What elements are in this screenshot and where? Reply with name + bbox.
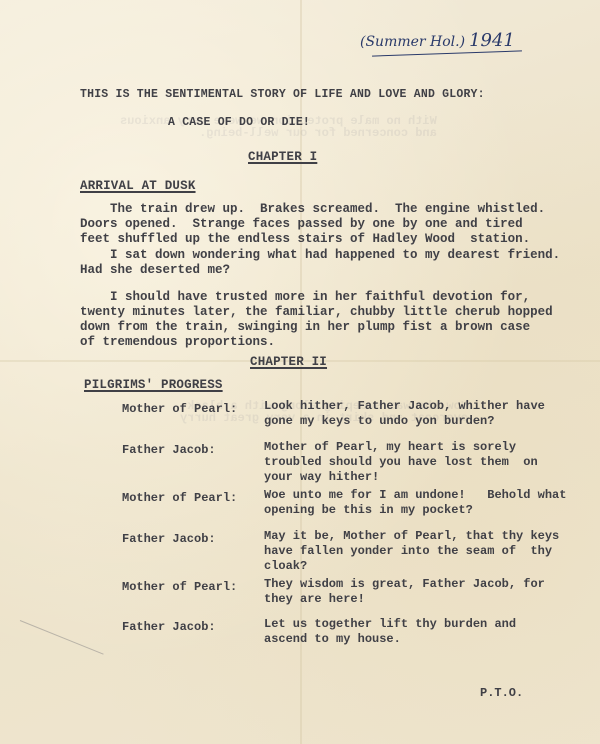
paragraph: I should have trusted more in her faithf… [80, 290, 553, 350]
dialogue-line: Let us together lift thy burden and asce… [264, 617, 516, 647]
dialogue-text: May it be, Mother of Pearl, that thy key… [264, 529, 559, 544]
dialogue-speaker: Father Jacob: [122, 620, 216, 634]
dialogue-text: your way hither! [264, 470, 538, 485]
paragraph: I sat down wondering what had happened t… [80, 248, 560, 278]
dialogue-speaker: Father Jacob: [122, 532, 216, 546]
dialogue-text: gone my keys to undo yon burden? [264, 414, 545, 429]
document-subtitle: A CASE OF DO OR DIE! [168, 116, 310, 129]
chapter-heading: CHAPTER I [248, 150, 317, 164]
handwritten-annotation: (Summer Hol.)1941 [360, 30, 515, 51]
paragraph-line: feet shuffled up the endless stairs of H… [80, 232, 545, 247]
dialogue-line: Mother of Pearl, my heart is sorely trou… [264, 440, 538, 485]
dialogue-text: opening be this in my pocket? [264, 503, 566, 518]
paragraph-line: twenty minutes later, the familiar, chub… [80, 305, 553, 320]
paragraph-line: Doors opened. Strange faces passed by on… [80, 217, 545, 232]
dialogue-text: cloak? [264, 559, 559, 574]
dialogue-text: Mother of Pearl, my heart is sorely [264, 440, 538, 455]
dialogue-text: Let us together lift thy burden and [264, 617, 516, 632]
dialogue-speaker: Mother of Pearl: [122, 491, 237, 505]
paragraph-line: Had she deserted me? [80, 263, 560, 278]
annotation-text: (Summer Hol.) [360, 34, 465, 50]
dialogue-line: Woe unto me for I am undone! Behold what… [264, 488, 566, 518]
paragraph: The train drew up. Brakes screamed. The … [80, 202, 545, 247]
dialogue-text: troubled should you have lost them on [264, 455, 538, 470]
please-turn-over: P.T.O. [480, 686, 523, 700]
dialogue-text: ascend to my house. [264, 632, 516, 647]
chapter-heading: CHAPTER II [250, 355, 327, 369]
dialogue-line: They wisdom is great, Father Jacob, for … [264, 577, 545, 607]
dialogue-line: May it be, Mother of Pearl, that thy key… [264, 529, 559, 574]
dialogue-line: Look hither, Father Jacob, whither have … [264, 399, 545, 429]
dialogue-text: Woe unto me for I am undone! Behold what [264, 488, 566, 503]
document-title: THIS IS THE SENTIMENTAL STORY OF LIFE AN… [80, 88, 485, 101]
dialogue-speaker: Mother of Pearl: [122, 580, 237, 594]
dialogue-speaker: Father Jacob: [122, 443, 216, 457]
paragraph-line: I sat down wondering what had happened t… [80, 248, 560, 263]
dialogue-text: They wisdom is great, Father Jacob, for [264, 577, 545, 592]
section-heading: PILGRIMS' PROGRESS [84, 378, 223, 392]
annotation-year: 1941 [469, 30, 515, 51]
paragraph-line: down from the train, swinging in her plu… [80, 320, 553, 335]
paragraph-line: The train drew up. Brakes screamed. The … [80, 202, 545, 217]
dialogue-speaker: Mother of Pearl: [122, 402, 237, 416]
dialogue-text: they are here! [264, 592, 545, 607]
section-heading: ARRIVAL AT DUSK [80, 179, 196, 193]
paragraph-line: I should have trusted more in her faithf… [80, 290, 553, 305]
dialogue-text: Look hither, Father Jacob, whither have [264, 399, 545, 414]
paragraph-line: of tremendous proportions. [80, 335, 553, 350]
dialogue-text: have fallen yonder into the seam of thy [264, 544, 559, 559]
